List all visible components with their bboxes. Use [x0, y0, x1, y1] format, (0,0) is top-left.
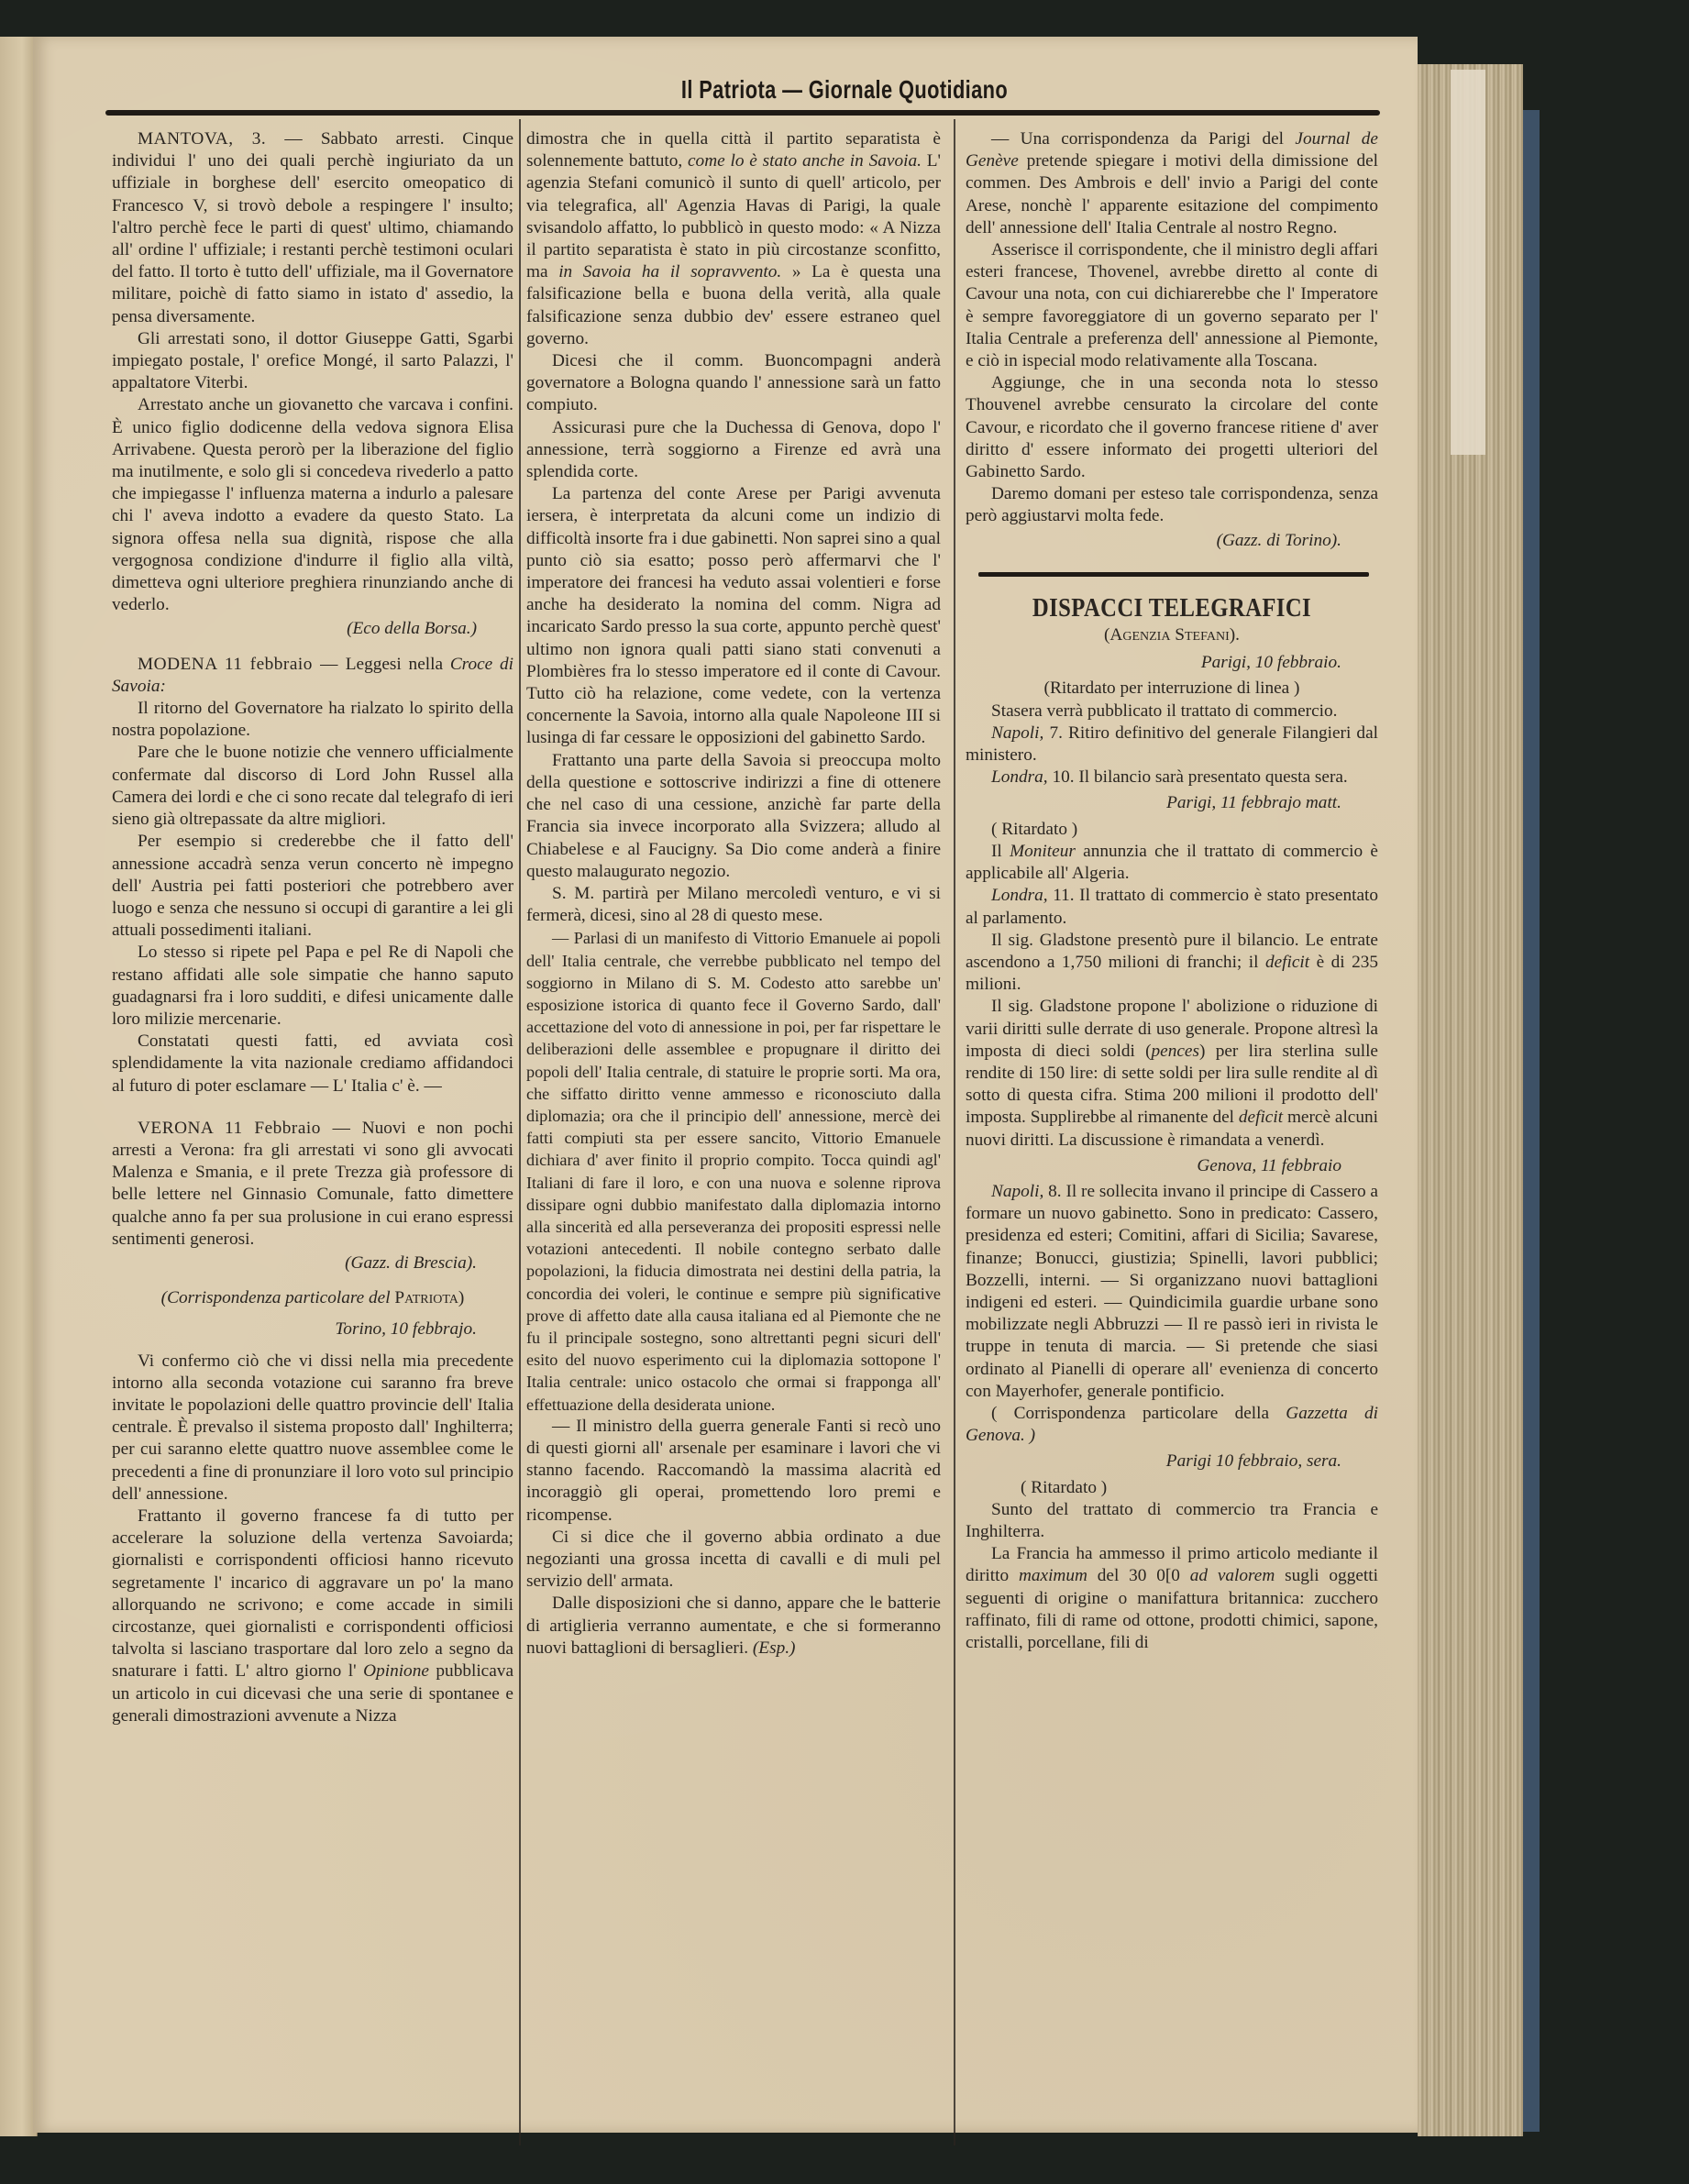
paragraph: Per esempio si crederebbe che il fatto d… — [112, 831, 513, 942]
book-page-edges — [1418, 64, 1523, 2136]
paragraph: Asserisce il corrispondente, che il mini… — [966, 239, 1378, 372]
dateline: Genova, 11 febbraio — [966, 1155, 1378, 1177]
facing-page-edge — [0, 37, 38, 2136]
paragraph: Il ritorno del Governatore ha rialzato l… — [112, 698, 513, 742]
section-divider — [978, 572, 1369, 577]
paragraph: Lo stesso si ripete pel Papa e pel Re di… — [112, 942, 513, 1031]
dateline: Torino, 10 febbrajo. — [112, 1318, 513, 1340]
paragraph: — Parlasi di un manifesto di Vittorio Em… — [526, 927, 941, 1415]
source-citation: (Eco della Borsa.) — [112, 618, 513, 640]
article-mantova: MANTOVA, 3. — Sabbato arresti. Cinque in… — [112, 128, 513, 328]
column-3: — Una corrispondenza da Parigi del Journ… — [966, 128, 1378, 1654]
dispatch: Stasera verrà pubblicato il trattato di … — [966, 700, 1378, 722]
source-citation: (Gazz. di Torino). — [966, 530, 1378, 552]
column-rule-1 — [519, 119, 521, 2145]
dateline: Parigi, 11 febbrajo matt. — [966, 792, 1378, 814]
dispatch: Londra, 10. Il bilancio sarà presentato … — [966, 767, 1378, 789]
dispatch-note: ( Ritardato ) — [966, 1477, 1378, 1499]
dispatch: Il sig. Gladstone presentò pure il bilan… — [966, 930, 1378, 997]
dispatch: Il Moniteur annunzia che il trattato di … — [966, 841, 1378, 885]
source-citation: (Gazz. di Brescia). — [112, 1252, 513, 1274]
paragraph: Assicurasi pure che la Duchessa di Genov… — [526, 417, 941, 484]
column-rule-2 — [954, 119, 955, 2145]
dateline: Parigi, 10 febbraio. — [966, 652, 1378, 674]
masthead: Il Patriota — Giornale Quotidiano — [186, 75, 1504, 105]
dispatch: Napoli, 7. Ritiro definitivo del general… — [966, 722, 1378, 767]
dateline: Parigi 10 febbraio, sera. — [966, 1450, 1378, 1473]
paper-slip — [1451, 70, 1485, 455]
column-1: MANTOVA, 3. — Sabbato arresti. Cinque in… — [112, 128, 513, 1727]
paragraph: Pare che le buone notizie che vennero uf… — [112, 742, 513, 831]
paragraph: dimostra che in quella città il partito … — [526, 128, 941, 350]
dispatch: Sunto del trattato di commercio tra Fran… — [966, 1499, 1378, 1543]
paragraph: Frattanto una parte della Savoia si preo… — [526, 750, 941, 883]
dispatch-note: (Ritardato per interruzione di linea ) — [966, 678, 1378, 700]
paragraph: Vi confermo ciò che vi dissi nella mia p… — [112, 1351, 513, 1506]
paragraph: Ci si dice che il governo abbia ordinato… — [526, 1527, 941, 1594]
paragraph: Gli arrestati sono, il dottor Giuseppe G… — [112, 328, 513, 395]
article-verona: VERONA 11 Febbraio — Nuovi e non pochi a… — [112, 1118, 513, 1251]
dispatch: Il sig. Gladstone propone l' abolizione … — [966, 996, 1378, 1151]
dispatch-note: ( Ritardato ) — [966, 819, 1378, 841]
dispatch: Napoli, 8. Il re sollecita invano il pri… — [966, 1181, 1378, 1403]
dispatch-source: ( Corrispondenza particolare della Gazze… — [966, 1403, 1378, 1447]
paragraph: Frattanto il governo francese fa di tutt… — [112, 1506, 513, 1727]
paragraph: — Il ministro della guerra generale Fant… — [526, 1416, 941, 1527]
section-subtitle: (Agenzia Stefani). — [966, 624, 1378, 646]
section-title: DISPACCI TELEGRAFICI — [997, 597, 1348, 619]
paragraph: Arrestato anche un giovanetto che varcav… — [112, 394, 513, 616]
paragraph: Dicesi che il comm. Buoncompagni anderà … — [526, 350, 941, 417]
article-modena: MODENA 11 febbraio — Leggesi nella Croce… — [112, 654, 513, 698]
masthead-rule — [105, 110, 1380, 116]
paragraph: — Una corrispondenza da Parigi del Journ… — [966, 128, 1378, 239]
paragraph: La partenza del conte Arese per Parigi a… — [526, 483, 941, 749]
paragraph: S. M. partirà per Milano mercoledì ventu… — [526, 883, 941, 927]
correspondence-heading: (Corrispondenza particolare del Patriota… — [112, 1287, 513, 1309]
dispatch: La Francia ha ammesso il primo articolo … — [966, 1543, 1378, 1654]
book-cover-board — [1523, 110, 1540, 2132]
paragraph: Daremo domani per esteso tale corrispond… — [966, 483, 1378, 527]
paragraph: Constatati questi fatti, ed avviata così… — [112, 1031, 513, 1098]
paragraph: Aggiunge, che in una seconda nota lo ste… — [966, 372, 1378, 483]
column-2: dimostra che in quella città il partito … — [526, 128, 941, 1660]
dispatch: Londra, 11. Il trattato di commercio è s… — [966, 885, 1378, 929]
paragraph: Dalle disposizioni che si danno, appare … — [526, 1593, 941, 1660]
